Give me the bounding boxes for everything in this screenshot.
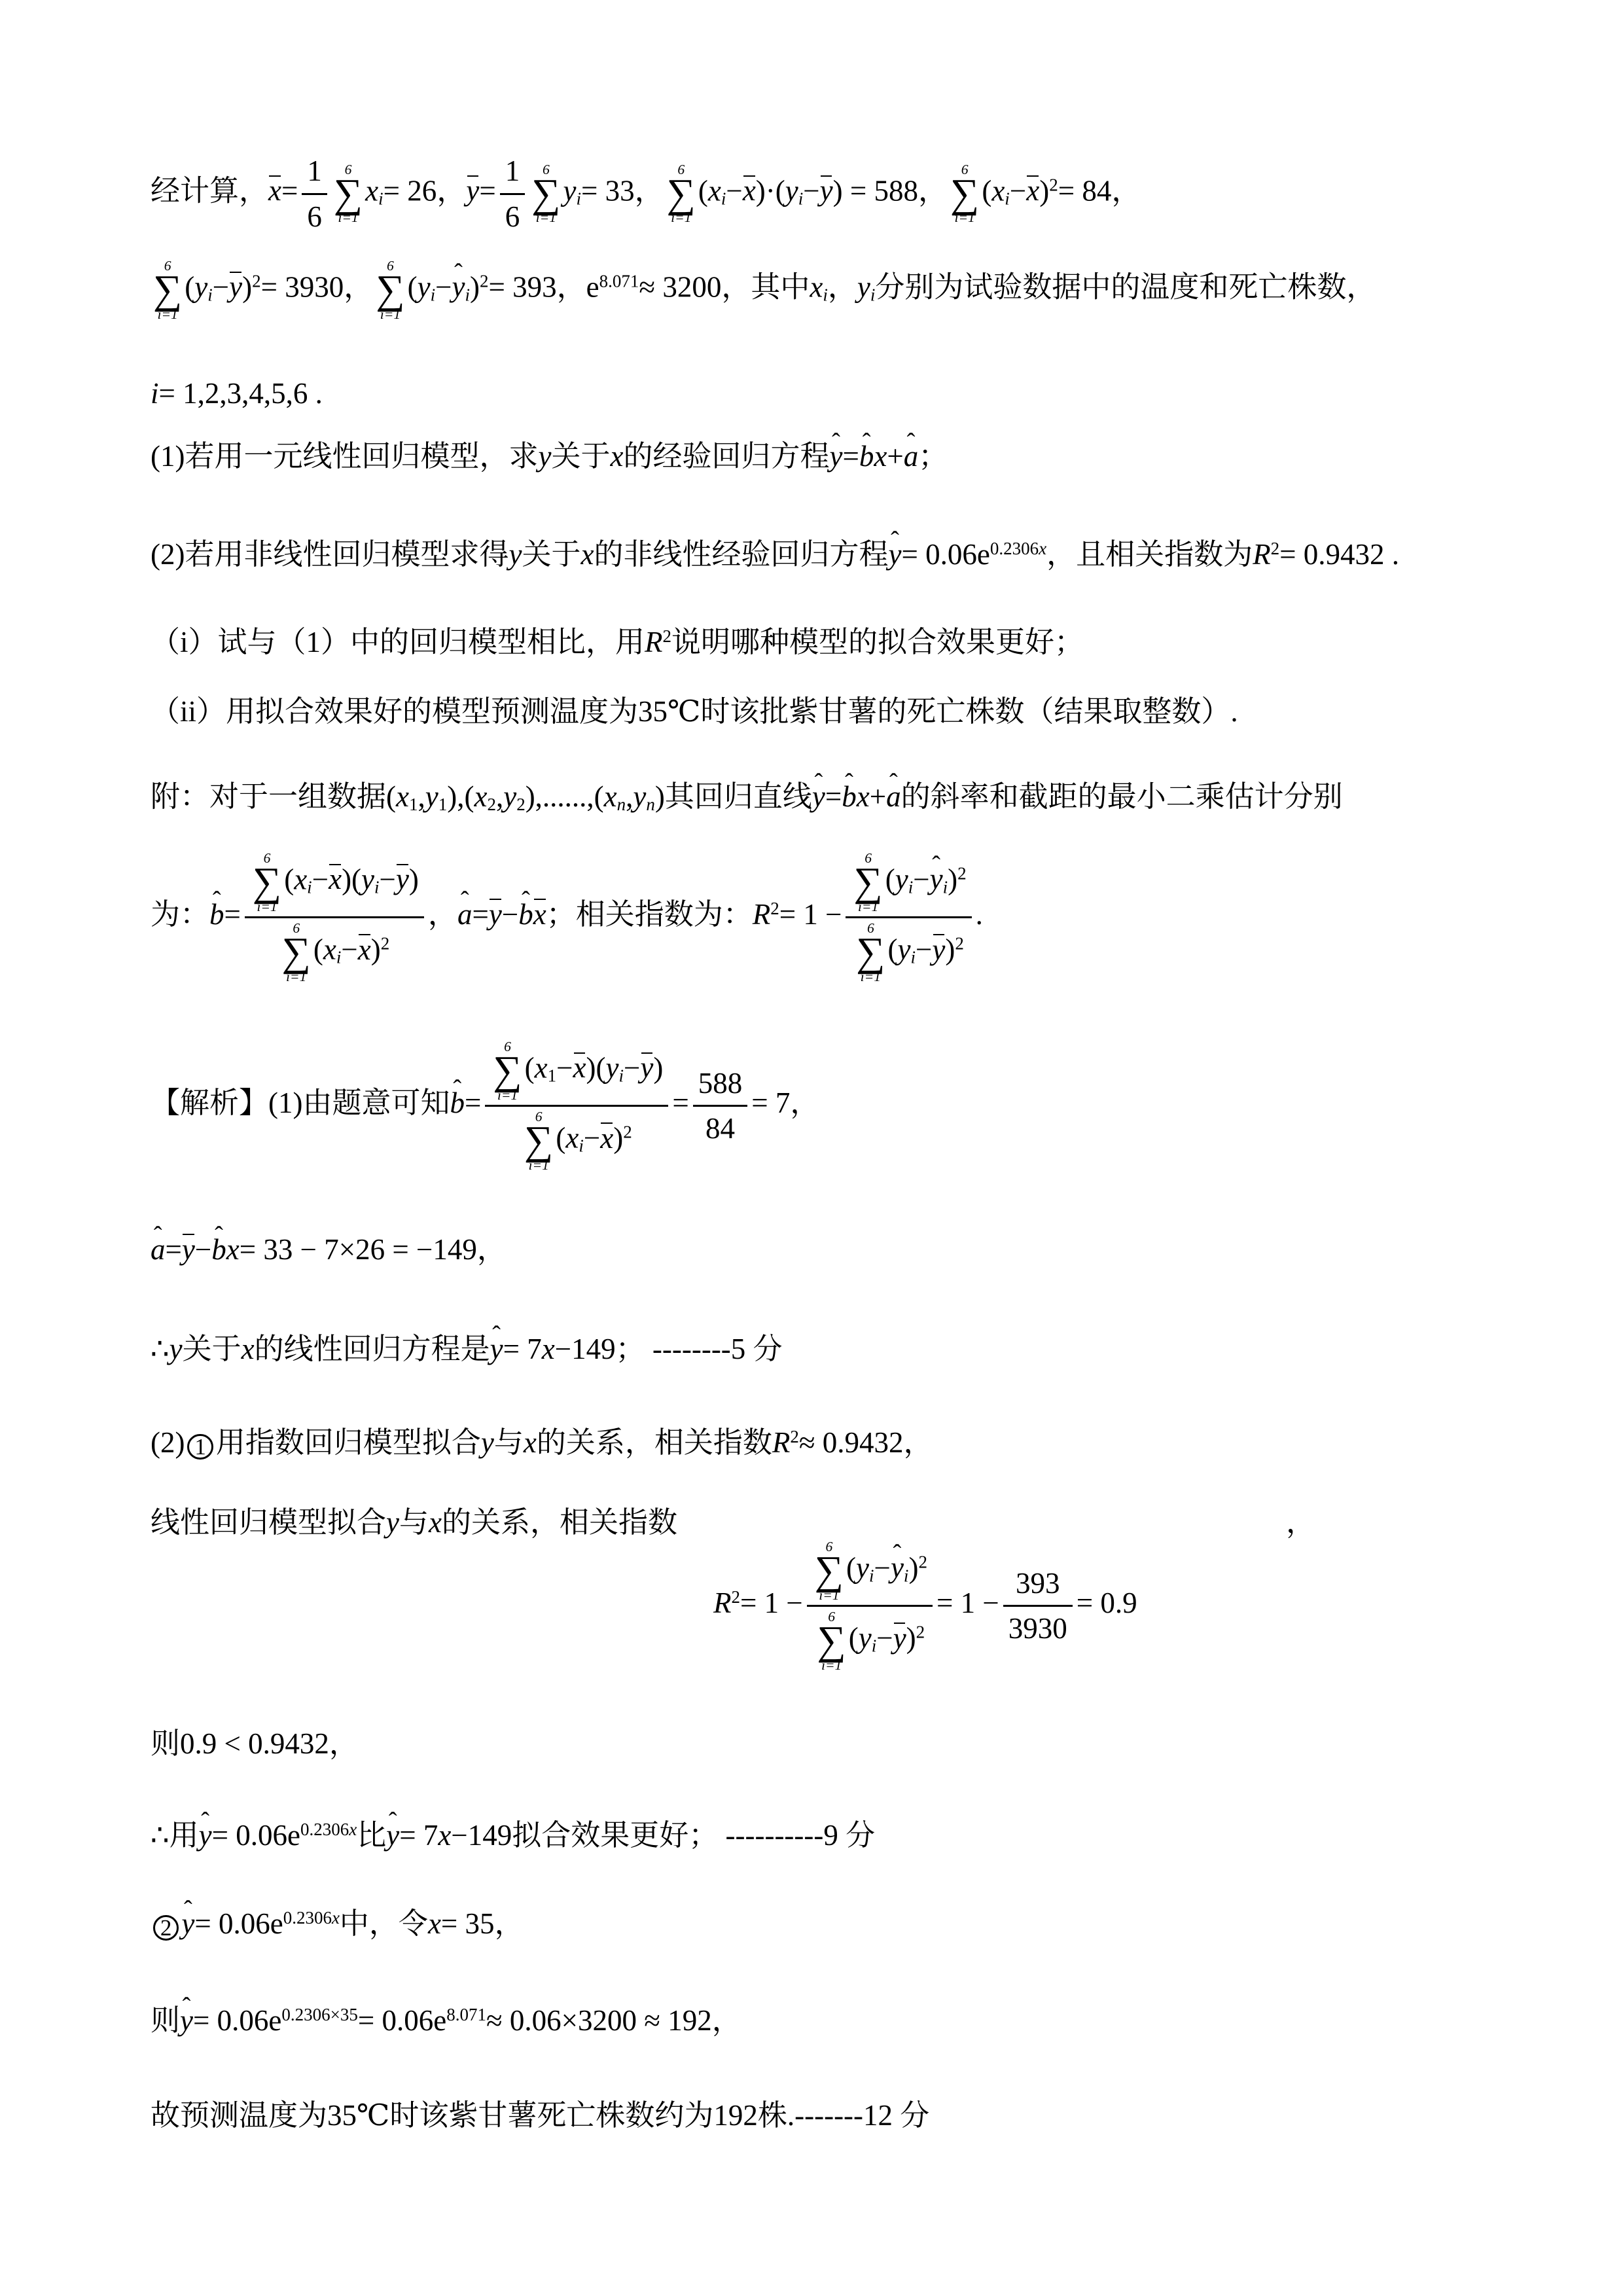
math-sup: 2 xyxy=(955,934,964,954)
math-sub: i xyxy=(307,877,312,897)
math-v: y xyxy=(181,1907,194,1940)
math-sub: i xyxy=(378,188,383,208)
math-txt: 株 xyxy=(758,2099,787,2132)
math-sup: 2 xyxy=(1271,539,1280,558)
math-txt: ， xyxy=(344,270,373,303)
solution-part-2-step2: 2y= 0.06e0.2306x中，令x= 35， xyxy=(151,1905,524,1943)
math-rm: = 84 xyxy=(1058,174,1112,207)
math-txt: ， xyxy=(918,174,948,207)
math-sup: 2 xyxy=(1049,175,1058,194)
math-rm: 2 xyxy=(516,795,526,814)
math-sup: 2 xyxy=(663,626,672,646)
math-txt: ， xyxy=(428,898,457,931)
math-v: x xyxy=(524,1426,537,1459)
math-numerator: 6∑i=1(x1−x)(yi−y) xyxy=(485,1039,668,1105)
math-sub: i xyxy=(576,188,581,208)
math-v: x xyxy=(323,933,336,966)
math-txt: 与 xyxy=(494,1426,524,1459)
math-sum: 6∑i=1 xyxy=(817,1609,846,1672)
math-rm: − xyxy=(213,270,229,303)
math-rm: − xyxy=(916,933,932,966)
math-v: x xyxy=(332,1908,340,1928)
math-rm: = xyxy=(479,174,495,207)
math-rm: = xyxy=(472,898,488,931)
math-circ: 1 xyxy=(187,1434,213,1460)
sigma-symbol: ∑ xyxy=(493,1054,522,1088)
math-bar: x xyxy=(268,176,281,206)
math-hat: y xyxy=(199,1821,212,1850)
math-txt: 分 xyxy=(753,1333,783,1365)
question-part-2-i: （i）试与（1）中的回归模型相比，用R2说明哪种模型的拟合效果更好； xyxy=(151,623,1084,662)
math-v: y xyxy=(466,174,479,207)
math-v: i xyxy=(910,948,916,967)
math-rm: ) xyxy=(371,933,381,966)
math-sum: 6∑i=1 xyxy=(667,162,696,225)
math-hat: y xyxy=(930,865,943,894)
math-rm: ≈ 0.9432 xyxy=(799,1426,904,1459)
math-sub: i xyxy=(910,948,916,967)
math-rm: − xyxy=(195,1233,211,1266)
math-rm: = 0.9 xyxy=(1077,1587,1137,1619)
math-sub: i xyxy=(207,285,213,304)
math-rm: ( xyxy=(284,863,294,895)
math-txt: (2) xyxy=(151,1426,185,1459)
math-rm: , xyxy=(626,780,633,813)
math-denominator: 84 xyxy=(693,1105,748,1148)
math-rm: 2 xyxy=(480,272,489,291)
math-sum: 6∑i=1 xyxy=(253,851,281,914)
math-rm: ( xyxy=(185,270,194,303)
math-txt: ； xyxy=(616,1333,645,1365)
math-txt: 则 xyxy=(151,1727,180,1760)
sum-limit: i=1 xyxy=(529,1158,549,1173)
math-hat: b xyxy=(211,1235,226,1265)
math-v: i xyxy=(378,188,383,208)
math-rm: 0.9 < 0.9432 xyxy=(180,1727,329,1760)
math-frac: 58884 xyxy=(693,1064,748,1148)
math-rm: ( xyxy=(888,933,898,966)
math-sum: 6∑i=1 xyxy=(334,162,363,225)
math-v: i xyxy=(579,1136,584,1156)
math-sub: i xyxy=(618,1066,624,1085)
math-rm: 588 xyxy=(698,1067,743,1100)
math-rm: 6 xyxy=(307,200,322,233)
math-txt: 的斜率和截距的最小二乘估计分别 xyxy=(901,780,1343,813)
math-v: b xyxy=(842,780,857,813)
math-rm: , xyxy=(418,780,425,813)
math-rm: 2 xyxy=(957,864,967,884)
sum-limit: i=1 xyxy=(671,210,691,225)
math-hat: b xyxy=(842,782,857,812)
math-txt: ， xyxy=(1286,1506,1315,1539)
math-rm: = xyxy=(825,780,842,813)
math-v: y xyxy=(898,933,911,966)
math-rm: ∴ xyxy=(151,1819,169,1852)
question-part-1: (1)若用一元线性回归模型，求y关于x的经验回归方程y=bx+a； xyxy=(151,437,948,476)
math-rm: = xyxy=(465,1086,481,1119)
math-v: y xyxy=(169,1333,183,1365)
math-rm: 8.071 xyxy=(446,2005,486,2024)
math-v: R xyxy=(645,626,663,658)
math-sub: i xyxy=(869,1566,874,1585)
math-v: i xyxy=(576,188,581,208)
solution-part-1-slope: 【解析】(1)由题意可知b=6∑i=1(x1−x)(yi−y)6∑i=1(xi−… xyxy=(151,1039,819,1173)
math-txt: 拟合效果更好； xyxy=(512,1819,718,1852)
math-rm: 2 xyxy=(663,626,672,646)
math-rm: = xyxy=(224,898,241,931)
sigma-symbol: ∑ xyxy=(853,866,882,899)
math-sup: 8.071 xyxy=(599,272,639,291)
math-v: x xyxy=(329,863,342,895)
document-page: 经计算，x=166∑i=1xi= 26，y=166∑i=1yi= 33，6∑i=… xyxy=(0,0,1623,2296)
math-txt: 比 xyxy=(357,1819,386,1852)
math-txt: ℃时该批紫甘薯的死亡株数（结果取整数）. xyxy=(668,695,1238,728)
math-v: y xyxy=(932,933,945,966)
math-rm: 2 xyxy=(252,272,261,291)
math-txt: ，且相关指数为 xyxy=(1046,538,1253,571)
math-v: x xyxy=(396,780,409,813)
math-rm: 84 xyxy=(705,1112,735,1145)
question-part-2-ii: （ii）用拟合效果好的模型预测温度为35℃时该批紫甘薯的死亡株数（结果取整数）. xyxy=(151,692,1238,731)
math-rm: 0.2306×35 xyxy=(281,2005,357,2024)
math-v: b xyxy=(209,898,224,931)
math-v: R xyxy=(772,1426,791,1459)
math-v: y xyxy=(640,1051,653,1084)
math-rm: 393 xyxy=(1016,1567,1060,1600)
math-bar: x xyxy=(743,176,756,206)
math-v: a xyxy=(886,780,901,813)
math-sub: i xyxy=(1005,188,1010,208)
math-txt: 的非线性经验回归方程 xyxy=(594,538,888,571)
math-rm: = 1 − xyxy=(779,898,842,931)
sigma-symbol: ∑ xyxy=(282,936,311,969)
sum-limit: i=1 xyxy=(338,210,358,225)
math-rm: ) xyxy=(470,270,480,303)
sum-limit: i=1 xyxy=(954,210,974,225)
math-rm: + xyxy=(870,780,886,813)
math-rm: 35 xyxy=(327,2099,357,2132)
math-rm: − xyxy=(556,1051,573,1084)
math-hat: a xyxy=(904,442,919,471)
linear-model-trailing-comma: ， xyxy=(1286,1503,1315,1542)
math-sup: 0.2306x xyxy=(283,1908,340,1928)
math-rm: ≈ 0.06×3200 ≈ 192 xyxy=(486,2004,712,2037)
math-txt: （i）试与（1）中的回归模型相比，用 xyxy=(151,626,645,658)
math-hat: y xyxy=(490,1335,503,1364)
math-rm: = 3930 xyxy=(261,270,344,303)
math-txt: 用 xyxy=(169,1819,199,1852)
math-rm: = 1 − xyxy=(936,1587,999,1619)
math-hat: y xyxy=(181,1909,194,1939)
math-sub: 1 xyxy=(409,795,418,814)
math-sub: 2 xyxy=(516,795,526,814)
math-v: x xyxy=(991,174,1005,207)
math-v: x xyxy=(1039,539,1046,558)
math-rm: . xyxy=(976,898,983,931)
math-rm: = 0.9432 xyxy=(1279,538,1384,571)
math-v: b xyxy=(859,440,874,473)
math-sum: 6∑i=1 xyxy=(531,162,560,225)
math-rm: = xyxy=(166,1233,182,1266)
sigma-symbol: ∑ xyxy=(531,177,560,211)
index-range-line: i= 1,2,3,4,5,6 . xyxy=(151,374,323,413)
math-v: y xyxy=(820,174,833,207)
math-rm: ) xyxy=(908,1551,918,1584)
math-sub: 1 xyxy=(438,795,448,814)
math-v: y xyxy=(857,270,870,303)
math-hat: y xyxy=(829,442,842,471)
math-frac: 16 xyxy=(500,152,526,236)
solution-part-2-exp-model: (2)1用指数回归模型拟合y与x的关系，相关指数R2≈ 0.9432， xyxy=(151,1424,933,1462)
math-v: i xyxy=(618,1066,624,1085)
math-denominator: 6 xyxy=(500,193,526,236)
math-txt: ， xyxy=(329,1727,359,1760)
math-txt: 为： xyxy=(151,898,209,931)
math-v: x xyxy=(438,1819,451,1852)
math-rm: 2 xyxy=(955,934,964,954)
appendix-formulas: 为：b=6∑i=1(xi−x)(yi−y)6∑i=1(xi−x)2，a=y−bx… xyxy=(151,851,983,984)
math-rm: − xyxy=(913,863,929,895)
math-rm: ) = 588 xyxy=(833,174,918,207)
math-rm: 2 xyxy=(1271,539,1280,558)
math-rm: = 7 xyxy=(399,1819,438,1852)
math-rm: 2 xyxy=(732,1587,741,1607)
math-v: x xyxy=(857,780,870,813)
math-rm: = xyxy=(281,174,298,207)
math-rm: ----------9 xyxy=(718,1819,846,1852)
math-txt: ， xyxy=(1111,174,1141,207)
math-numerator: 393 xyxy=(1003,1564,1073,1605)
math-rm: ( xyxy=(846,1551,856,1584)
math-v: y xyxy=(180,2004,193,2037)
math-rm: e xyxy=(586,270,599,303)
math-v: a xyxy=(151,1233,166,1266)
math-sub: 2 xyxy=(487,795,496,814)
math-txt: 则 xyxy=(151,2004,180,2037)
math-hat: b xyxy=(450,1088,465,1118)
sigma-symbol: ∑ xyxy=(376,274,404,307)
math-sup: 2 xyxy=(957,864,967,884)
math-rm: 2 xyxy=(770,899,779,918)
solution-part-1-conclusion: ∴y关于x的线性回归方程是y= 7x−149； --------5 分 xyxy=(151,1330,783,1369)
math-bar: y xyxy=(893,1624,906,1653)
math-v: y xyxy=(893,1622,906,1655)
math-v: x xyxy=(365,174,378,207)
math-txt: 的关系，相关指数 xyxy=(442,1506,677,1539)
math-rm: ) xyxy=(242,270,252,303)
math-v: b xyxy=(518,898,533,931)
math-bar: y xyxy=(640,1053,653,1083)
math-txt: ，其中 xyxy=(721,270,810,303)
math-v: x xyxy=(428,1907,441,1940)
math-v: y xyxy=(481,1426,494,1459)
math-txt: ， xyxy=(437,174,466,207)
math-sup: 2 xyxy=(732,1587,741,1607)
sigma-symbol: ∑ xyxy=(817,1624,846,1658)
math-v: y xyxy=(633,780,646,813)
math-v: R xyxy=(1253,538,1271,571)
math-v: y xyxy=(199,1819,212,1852)
math-rm: = xyxy=(672,1086,688,1119)
math-rm: )·( xyxy=(756,174,785,207)
math-v: x xyxy=(241,1333,255,1365)
math-denominator: 6∑i=1(yi−y)2 xyxy=(846,916,971,984)
math-txt: ， xyxy=(495,1907,524,1940)
math-rm: ) xyxy=(613,1122,623,1155)
math-rm: = xyxy=(842,440,859,473)
math-rm: , xyxy=(496,780,503,813)
math-frac: 6∑i=1(x1−x)(yi−y)6∑i=1(xi−x)2 xyxy=(485,1039,668,1173)
math-sum: 6∑i=1 xyxy=(856,921,885,984)
math-rm: = 0.06e xyxy=(358,2004,446,2037)
math-v: y xyxy=(503,780,516,813)
math-txt: 附：对于一组数据 xyxy=(151,780,386,813)
math-rm: 1 xyxy=(409,795,418,814)
sum-limit: i=1 xyxy=(819,1588,839,1603)
math-v: b xyxy=(450,1086,465,1119)
math-hat: y xyxy=(180,2006,193,2036)
math-v: i xyxy=(431,285,436,304)
math-v: y xyxy=(563,174,576,207)
sum-limit: i=1 xyxy=(497,1088,518,1103)
math-rm: = 33 − 7×26 = −149 xyxy=(240,1233,477,1266)
sum-limit: i=1 xyxy=(257,899,277,914)
math-v: x xyxy=(810,270,823,303)
math-v: y xyxy=(538,440,551,473)
math-rm: 2 xyxy=(381,934,390,954)
sigma-symbol: ∑ xyxy=(524,1124,553,1158)
math-txt: 分 xyxy=(846,1819,875,1852)
math-rm: ) xyxy=(655,780,665,813)
math-rm: ( xyxy=(313,933,323,966)
math-rm: = 7 xyxy=(503,1333,542,1365)
solution-part-2-conclusion: ∴用y= 0.06e0.2306x比y= 7x−149拟合效果更好； -----… xyxy=(151,1816,875,1855)
math-v: y xyxy=(859,1622,872,1655)
math-v: i xyxy=(1005,188,1010,208)
math-v: x xyxy=(542,1333,555,1365)
math-txt: ， xyxy=(712,2004,741,2037)
math-sub: n xyxy=(646,795,655,814)
math-rm: 2 xyxy=(918,1552,927,1572)
math-v: x xyxy=(268,174,281,207)
math-txt: 的关系，相关指数 xyxy=(537,1426,772,1459)
math-txt: 的经验回归方程 xyxy=(623,440,829,473)
math-sub: i xyxy=(465,285,470,304)
math-txt: (2)若用非线性回归模型求得 xyxy=(151,538,508,571)
math-rm: ) xyxy=(653,1051,663,1084)
math-rm: − xyxy=(502,898,518,931)
math-bar: x xyxy=(1026,176,1039,206)
math-frac: 6∑i=1(yi−yi)26∑i=1(yi−y)2 xyxy=(846,851,971,984)
math-txt: 说明哪种模型的拟合效果更好； xyxy=(671,626,1084,658)
math-sup: 2 xyxy=(381,934,390,954)
math-sup: 2 xyxy=(480,272,489,291)
solution-part-1-intercept: a=y−bx= 33 − 7×26 = −149， xyxy=(151,1230,507,1269)
math-txt: 线性回归模型拟合 xyxy=(151,1506,386,1539)
math-sup: 2 xyxy=(623,1122,632,1142)
math-txt: 经计算， xyxy=(151,174,268,207)
math-denominator: 6∑i=1(xi−x)2 xyxy=(245,916,424,984)
sigma-symbol: ∑ xyxy=(856,936,885,969)
math-rm: − xyxy=(726,174,742,207)
math-v: y xyxy=(452,270,465,303)
sigma-symbol: ∑ xyxy=(667,177,696,211)
math-sub: i xyxy=(579,1136,584,1156)
math-v: n xyxy=(617,795,626,814)
math-rm: 192 xyxy=(713,2099,758,2132)
math-v: x xyxy=(1026,174,1039,207)
math-rm: = 0.06e xyxy=(901,538,990,571)
math-v: x xyxy=(533,898,546,931)
math-rm: − xyxy=(803,174,819,207)
math-sup: 0.2306x xyxy=(300,1820,357,1839)
math-bar: x xyxy=(573,1053,586,1083)
math-v: y xyxy=(489,898,502,931)
math-hat: a xyxy=(457,900,473,929)
math-hat: y xyxy=(888,540,901,569)
math-rm: = 0.06e xyxy=(193,2004,281,2037)
math-sub: i xyxy=(374,877,380,897)
math-v: x xyxy=(565,1122,579,1155)
math-v: n xyxy=(646,795,655,814)
math-rm: − xyxy=(874,1551,891,1584)
math-v: x xyxy=(429,1506,442,1539)
math-v: y xyxy=(829,440,842,473)
math-rm: . xyxy=(1384,538,1399,571)
math-v: i xyxy=(151,377,159,410)
math-rm: ( xyxy=(698,174,708,207)
math-txt: 的线性回归方程是 xyxy=(255,1333,490,1365)
math-rm: 1 xyxy=(505,154,520,187)
math-rm: = 393 xyxy=(488,270,556,303)
math-denominator: 6∑i=1(xi−x)2 xyxy=(485,1105,668,1172)
math-numerator: 1 xyxy=(500,152,526,193)
math-rm: 0.2306 xyxy=(300,1820,349,1839)
math-rm: --------5 xyxy=(645,1333,753,1365)
math-rm: 2 xyxy=(623,1122,632,1142)
math-v: y xyxy=(182,1233,195,1266)
math-v: x xyxy=(610,440,623,473)
math-rm: 1 xyxy=(438,795,448,814)
math-txt: 中，令 xyxy=(340,1907,428,1940)
math-v: y xyxy=(396,863,409,895)
math-bar: y xyxy=(229,272,242,302)
math-sum: 6∑i=1 xyxy=(282,921,311,984)
math-txt: 关于 xyxy=(551,440,610,473)
math-numerator: 588 xyxy=(693,1064,748,1105)
math-rm: = 1,2,3,4,5,6 xyxy=(159,377,308,410)
math-v: x xyxy=(474,780,487,813)
math-rm: 2 xyxy=(487,795,496,814)
math-v: y xyxy=(606,1051,619,1084)
math-frac: 6∑i=1(xi−x)(yi−y)6∑i=1(xi−x)2 xyxy=(245,851,424,984)
math-sup: 2 xyxy=(790,1427,799,1446)
sigma-symbol: ∑ xyxy=(253,866,281,899)
math-sup: 0.2306×35 xyxy=(281,2005,357,2024)
math-v: x xyxy=(294,863,307,895)
math-txt: ， xyxy=(557,270,586,303)
math-rm: − xyxy=(624,1051,640,1084)
math-v: x xyxy=(708,174,721,207)
math-v: i xyxy=(374,877,380,897)
math-sup: 2 xyxy=(770,899,779,918)
math-sum: 6∑i=1 xyxy=(493,1039,522,1102)
math-v: x xyxy=(580,538,594,571)
math-rm: −149 xyxy=(451,1819,512,1852)
math-sum: 6∑i=1 xyxy=(853,851,882,914)
math-txt: ， xyxy=(904,1426,933,1459)
sum-limit: i=1 xyxy=(536,210,556,225)
